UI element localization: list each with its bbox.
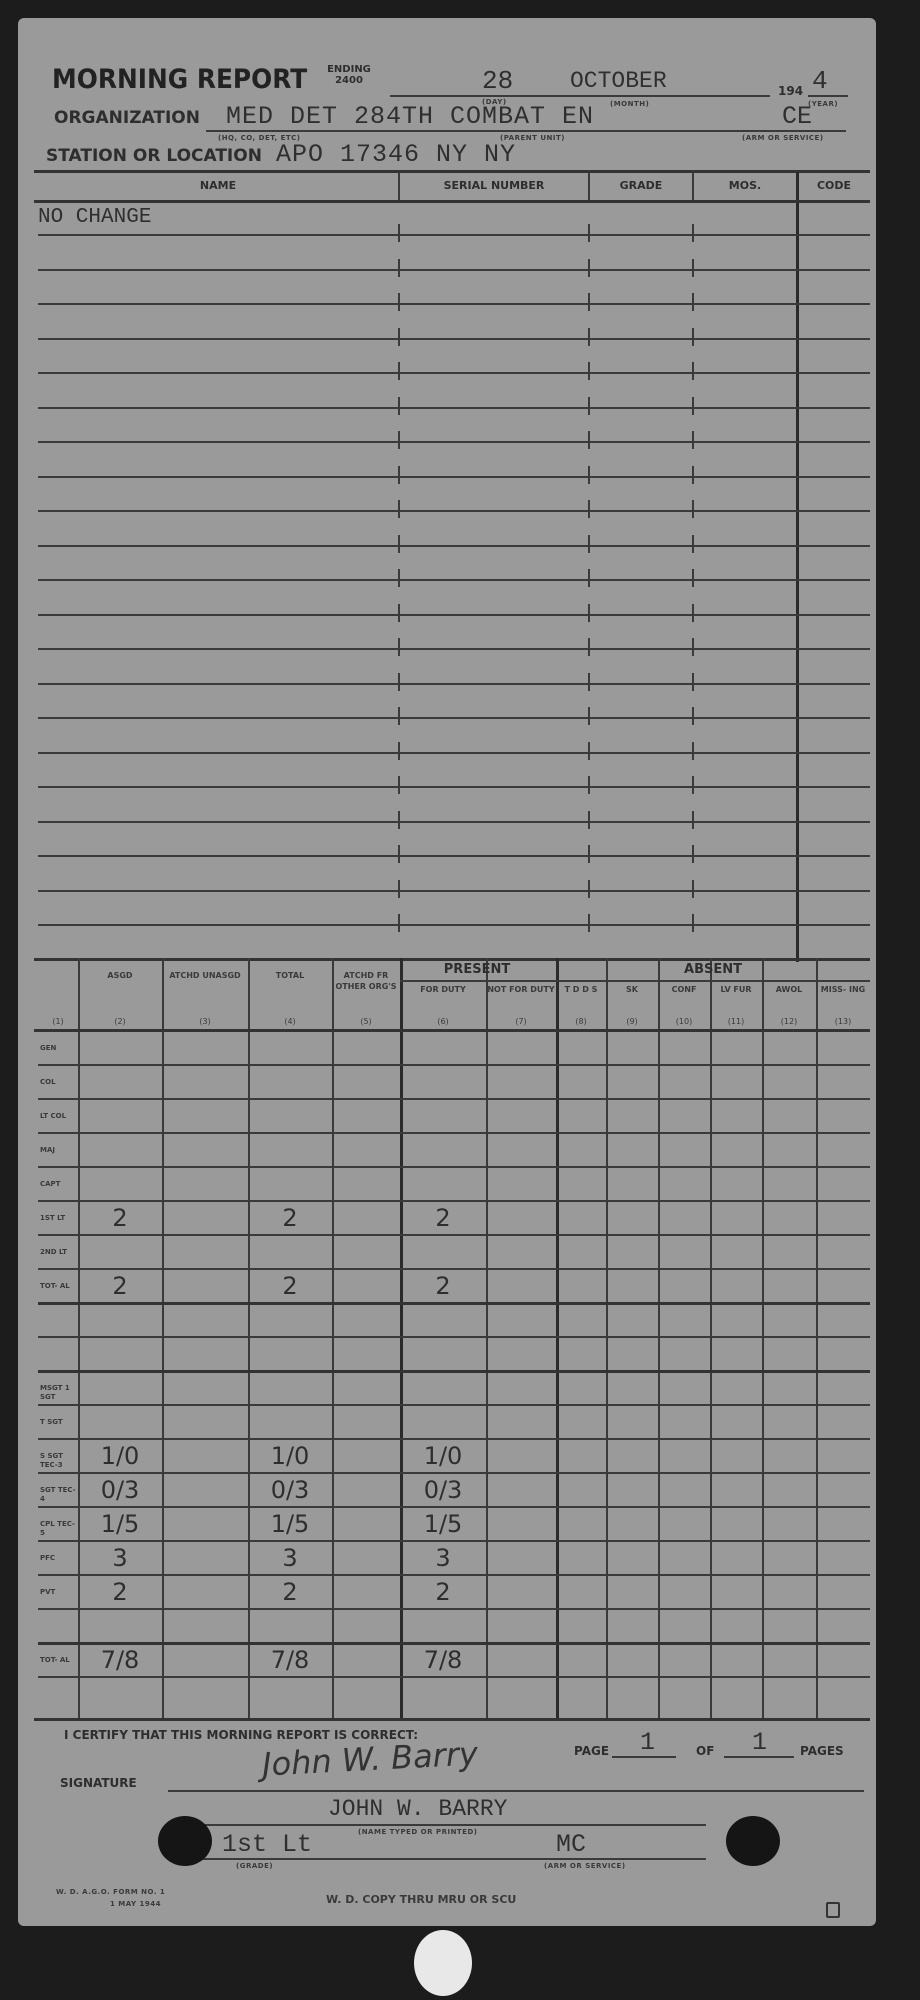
column-tick xyxy=(588,224,590,242)
column-tick xyxy=(398,259,400,277)
date-line xyxy=(390,95,770,97)
cell-for-duty: 2 xyxy=(400,1204,486,1232)
table-row-line xyxy=(38,1268,870,1270)
page-number-line xyxy=(612,1756,676,1758)
roster-row-line xyxy=(38,407,870,409)
rank-label: 2ND LT xyxy=(40,1248,76,1257)
grade-value: 1st Lt xyxy=(222,1830,312,1859)
column-tick xyxy=(692,224,694,242)
column-number: (7) xyxy=(486,1016,556,1027)
page-number: 1 xyxy=(640,1728,655,1757)
roster-row-line xyxy=(38,717,870,719)
column-tick xyxy=(692,845,694,863)
punch-hole-right xyxy=(726,1816,780,1866)
cell-total: 1/5 xyxy=(248,1510,332,1538)
arm-service-value: CE xyxy=(782,102,812,131)
column-header-label: TOTAL xyxy=(248,970,332,981)
column-header-label: LV FUR xyxy=(710,984,762,995)
arm-service-caption: (ARM OR SERVICE) xyxy=(742,134,824,142)
column-header: NOT FOR DUTY xyxy=(486,984,556,995)
table-column-divider xyxy=(332,958,334,1718)
rank-label: CAPT xyxy=(40,1180,76,1189)
year-line xyxy=(808,95,848,97)
month-caption: (MONTH) xyxy=(610,100,649,108)
report-day: 28 xyxy=(482,66,513,96)
table-row-line xyxy=(38,1098,870,1100)
column-tick xyxy=(692,328,694,346)
cell-asgd: 1/0 xyxy=(78,1442,162,1470)
table-row-line xyxy=(38,1608,870,1610)
typed-name-line xyxy=(200,1824,706,1826)
roster-row-line xyxy=(38,821,870,823)
column-tick xyxy=(588,707,590,725)
cell-asgd: 2 xyxy=(78,1204,162,1232)
cell-total: 7/8 xyxy=(248,1646,332,1674)
column-number: (13) xyxy=(816,1016,870,1027)
table-row-line xyxy=(38,1506,870,1508)
form-title: MORNING REPORT xyxy=(52,64,307,95)
column-tick xyxy=(398,328,400,346)
column-tick xyxy=(588,811,590,829)
column-tick xyxy=(398,880,400,898)
column-tick xyxy=(692,500,694,518)
column-number: (4) xyxy=(248,1016,332,1027)
column-header-label: ASGD xyxy=(78,970,162,981)
roster-row-line xyxy=(38,545,870,547)
column-header: ATCHD FR OTHER ORG'S xyxy=(332,970,400,992)
rank-label: TOT- AL xyxy=(40,1656,76,1665)
column-tick xyxy=(692,638,694,656)
roster-row-line xyxy=(38,441,870,443)
column-header-label: ATCHD FR OTHER ORG'S xyxy=(332,970,400,992)
column-header: ATCHD UNASGD xyxy=(162,970,248,981)
table-row-line xyxy=(38,1234,870,1236)
column-tick xyxy=(588,914,590,932)
column-mos: MOS. xyxy=(694,179,796,192)
column-tick xyxy=(398,466,400,484)
column-grade: GRADE xyxy=(590,179,692,192)
cell-for-duty: 2 xyxy=(400,1578,486,1606)
column-number: (6) xyxy=(400,1016,486,1027)
code-column-divider xyxy=(796,172,799,962)
report-month: OCTOBER xyxy=(570,68,667,94)
film-artifact xyxy=(414,1930,472,1996)
column-tick xyxy=(588,638,590,656)
rank-label: TOT- AL xyxy=(40,1282,76,1291)
table-row-line xyxy=(38,1438,870,1440)
table-column-divider xyxy=(486,958,488,1718)
grade-caption: (GRADE) xyxy=(236,1862,273,1870)
column-header: T D D S xyxy=(556,984,606,995)
table-row-line xyxy=(38,1574,870,1576)
table-row-line xyxy=(38,1642,870,1645)
column-tick xyxy=(588,397,590,415)
column-tick xyxy=(588,362,590,380)
column-serial-number: SERIAL NUMBER xyxy=(400,179,588,192)
table-row-line xyxy=(38,1472,870,1474)
column-tick xyxy=(588,604,590,622)
cell-total: 2 xyxy=(248,1272,332,1300)
table-column-divider xyxy=(816,958,818,1718)
punch-hole-left xyxy=(158,1816,212,1866)
column-header: SK xyxy=(606,984,658,995)
table-column-divider xyxy=(162,958,164,1718)
ending-label-text: ENDING xyxy=(326,64,372,75)
column-number: (5) xyxy=(332,1016,400,1027)
form-date: 1 MAY 1944 xyxy=(110,1900,161,1908)
column-tick xyxy=(692,431,694,449)
column-tick xyxy=(692,397,694,415)
column-number: (1) xyxy=(38,1016,78,1027)
cell-for-duty: 3 xyxy=(400,1544,486,1572)
roster-row-line xyxy=(38,683,870,685)
column-number: (12) xyxy=(762,1016,816,1027)
roster-row-line xyxy=(38,648,870,650)
column-tick xyxy=(692,604,694,622)
cell-asgd: 2 xyxy=(78,1272,162,1300)
column-tick xyxy=(692,259,694,277)
roster-row-line xyxy=(38,372,870,374)
roster-entry: NO CHANGE xyxy=(38,206,151,229)
station-underline xyxy=(34,170,870,173)
column-tick xyxy=(398,362,400,380)
column-tick xyxy=(398,500,400,518)
column-tick xyxy=(692,535,694,553)
rank-label: SGT TEC-4 xyxy=(40,1486,76,1504)
column-header: CONF xyxy=(658,984,710,995)
table-bottom xyxy=(34,1718,870,1721)
rank-label: MSGT 1 SGT xyxy=(40,1384,76,1402)
column-number: (10) xyxy=(658,1016,710,1027)
rank-label: PVT xyxy=(40,1588,76,1597)
column-header-label: CONF xyxy=(658,984,710,995)
column-tick xyxy=(398,293,400,311)
column-tick xyxy=(692,914,694,932)
column-number: (8) xyxy=(556,1016,606,1027)
table-row-line xyxy=(38,1132,870,1134)
table-column-divider xyxy=(710,958,712,1718)
column-header: LV FUR xyxy=(710,984,762,995)
column-tick xyxy=(692,362,694,380)
page-total-line xyxy=(724,1756,794,1758)
year-caption: (YEAR) xyxy=(808,100,838,108)
column-tick xyxy=(692,742,694,760)
typed-name: JOHN W. BARRY xyxy=(328,1796,507,1822)
cell-asgd: 1/5 xyxy=(78,1510,162,1538)
column-header: ASGD xyxy=(78,970,162,981)
column-tick xyxy=(588,431,590,449)
column-tick xyxy=(398,914,400,932)
column-tick xyxy=(398,535,400,553)
grade-line xyxy=(200,1858,706,1860)
rank-label: LT COL xyxy=(40,1112,76,1121)
arm-service-signer-caption: (ARM OR SERVICE) xyxy=(544,1862,626,1870)
column-number: (11) xyxy=(710,1016,762,1027)
roster-header-line xyxy=(34,200,870,203)
roster-row-line xyxy=(38,338,870,340)
column-tick xyxy=(398,707,400,725)
column-tick xyxy=(398,604,400,622)
table-column-divider xyxy=(556,958,559,1718)
table-row-line xyxy=(38,1200,870,1202)
column-tick xyxy=(692,466,694,484)
cell-for-duty: 1/5 xyxy=(400,1510,486,1538)
column-tick xyxy=(398,569,400,587)
cell-asgd: 2 xyxy=(78,1578,162,1606)
table-row-line xyxy=(38,1336,870,1338)
column-tick xyxy=(588,880,590,898)
organization-label: ORGANIZATION xyxy=(54,108,200,128)
rank-label: 1ST LT xyxy=(40,1214,76,1223)
roster-row-line xyxy=(38,476,870,478)
pages-label: PAGES xyxy=(800,1744,844,1758)
column-tick xyxy=(588,328,590,346)
table-column-divider xyxy=(762,958,764,1718)
column-tick xyxy=(398,845,400,863)
column-tick xyxy=(588,293,590,311)
column-tick xyxy=(692,569,694,587)
roster-row-line xyxy=(38,752,870,754)
roster-row-line xyxy=(38,890,870,892)
column-tick xyxy=(588,259,590,277)
arm-service-signer: MC xyxy=(556,1830,586,1859)
rank-label: MAJ xyxy=(40,1146,76,1155)
column-tick xyxy=(588,535,590,553)
signature-line xyxy=(168,1790,864,1792)
column-header-label: SK xyxy=(606,984,658,995)
organization-value: MED DET 284TH COMBAT EN xyxy=(226,102,594,131)
column-code: CODE xyxy=(799,179,869,192)
column-tick xyxy=(398,638,400,656)
column-tick xyxy=(398,431,400,449)
group-present: PRESENT xyxy=(400,962,554,977)
column-header-label: NOT FOR DUTY xyxy=(486,984,556,995)
column-tick xyxy=(398,224,400,242)
column-tick xyxy=(398,811,400,829)
column-tick xyxy=(588,776,590,794)
roster-row-line xyxy=(38,303,870,305)
group-divider xyxy=(400,980,870,982)
column-tick xyxy=(588,500,590,518)
column-tick xyxy=(692,673,694,691)
group-absent: ABSENT xyxy=(556,962,870,977)
column-tick xyxy=(692,880,694,898)
year-prefix: 194 xyxy=(778,84,803,98)
table-row-line xyxy=(38,1064,870,1066)
roster-row-line xyxy=(38,269,870,271)
cell-total: 0/3 xyxy=(248,1476,332,1504)
ending-time: 2400 xyxy=(326,75,372,86)
rank-label: PFC xyxy=(40,1554,76,1563)
column-tick xyxy=(588,569,590,587)
column-header: TOTAL xyxy=(248,970,332,981)
column-header-label: MISS- ING xyxy=(816,984,870,995)
cell-for-duty: 2 xyxy=(400,1272,486,1300)
table-row-line xyxy=(38,1166,870,1168)
column-header-label: FOR DUTY xyxy=(400,984,486,995)
table-row-line xyxy=(38,1540,870,1542)
roster-row-line xyxy=(38,234,870,236)
column-header-label: AWOL xyxy=(762,984,816,995)
cell-for-duty: 0/3 xyxy=(400,1476,486,1504)
column-number: (3) xyxy=(162,1016,248,1027)
column-tick xyxy=(398,742,400,760)
column-number: (2) xyxy=(78,1016,162,1027)
station-value: APO 17346 NY NY xyxy=(276,140,516,169)
roster-row-line xyxy=(38,510,870,512)
corner-mark-icon xyxy=(826,1902,840,1918)
rank-label: T SGT xyxy=(40,1418,76,1427)
column-header-label: T D D S xyxy=(556,984,606,995)
station-label: STATION OR LOCATION xyxy=(46,146,262,166)
signature-label: SIGNATURE xyxy=(60,1776,137,1790)
column-tick xyxy=(588,845,590,863)
column-tick xyxy=(588,673,590,691)
column-name: NAME xyxy=(38,179,398,192)
column-header: MISS- ING xyxy=(816,984,870,995)
cell-total: 1/0 xyxy=(248,1442,332,1470)
report-year-digit: 4 xyxy=(812,66,828,96)
rank-label: GEN xyxy=(40,1044,76,1053)
roster-row-line xyxy=(38,786,870,788)
column-number: (9) xyxy=(606,1016,658,1027)
cell-total: 2 xyxy=(248,1204,332,1232)
rank-label: CPL TEC-5 xyxy=(40,1520,76,1538)
column-tick xyxy=(398,776,400,794)
form-id: W. D. A.G.O. FORM NO. 1 xyxy=(56,1888,165,1896)
cell-for-duty: 7/8 xyxy=(400,1646,486,1674)
cell-for-duty: 1/0 xyxy=(400,1442,486,1470)
column-tick xyxy=(692,811,694,829)
column-header: FOR DUTY xyxy=(400,984,486,995)
rank-label: COL xyxy=(40,1078,76,1087)
roster-row-line xyxy=(38,855,870,857)
column-tick xyxy=(692,776,694,794)
column-tick xyxy=(588,742,590,760)
column-header-label: ATCHD UNASGD xyxy=(162,970,248,981)
cell-asgd: 3 xyxy=(78,1544,162,1572)
cell-asgd: 7/8 xyxy=(78,1646,162,1674)
table-row-line xyxy=(38,1676,870,1678)
cell-asgd: 0/3 xyxy=(78,1476,162,1504)
page-label: PAGE xyxy=(574,1744,609,1758)
roster-row-line xyxy=(38,924,870,926)
rank-label: S SGT TEC-3 xyxy=(40,1452,76,1470)
ending-label: ENDING 2400 xyxy=(326,64,372,86)
copy-note: W. D. COPY THRU MRU OR SCU xyxy=(326,1893,516,1906)
column-tick xyxy=(692,707,694,725)
column-tick xyxy=(398,673,400,691)
roster-row-line xyxy=(38,579,870,581)
table-header-bottom xyxy=(34,1029,870,1032)
page-total: 1 xyxy=(752,1728,767,1757)
cell-total: 2 xyxy=(248,1578,332,1606)
table-row-line xyxy=(38,1370,870,1373)
column-tick xyxy=(398,397,400,415)
roster-row-line xyxy=(38,614,870,616)
table-row-line xyxy=(38,1404,870,1406)
table-row-line xyxy=(38,1302,870,1305)
table-column-divider xyxy=(658,958,660,1718)
of-label: OF xyxy=(696,1744,714,1758)
table-column-divider xyxy=(606,958,608,1718)
strength-table-top xyxy=(34,958,870,961)
typed-name-caption: (NAME TYPED OR PRINTED) xyxy=(358,1828,478,1836)
cell-total: 3 xyxy=(248,1544,332,1572)
column-tick xyxy=(692,293,694,311)
column-tick xyxy=(588,466,590,484)
column-header: AWOL xyxy=(762,984,816,995)
